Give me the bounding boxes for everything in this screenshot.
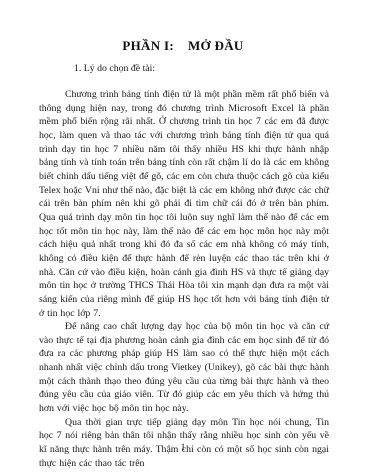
paragraph: Để nâng cao chất lượng dạy học của bộ mô… xyxy=(39,320,329,416)
page-number: 1 xyxy=(0,443,366,453)
page-title-part2: MỞ ĐẦU xyxy=(188,38,244,53)
page-title: PHẦN I:MỞ ĐẦU xyxy=(0,0,366,54)
page-title-part1: PHẦN I: xyxy=(122,38,174,53)
document-page: PHẦN I:MỞ ĐẦU 1. Lý do chọn đề tài: Chươ… xyxy=(0,0,366,473)
paragraph: Chương trình bảng tính điện tử là một ph… xyxy=(39,88,329,320)
section-heading: 1. Lý do chọn đề tài: xyxy=(74,63,366,74)
body-text: Chương trình bảng tính điện tử là một ph… xyxy=(39,88,329,470)
